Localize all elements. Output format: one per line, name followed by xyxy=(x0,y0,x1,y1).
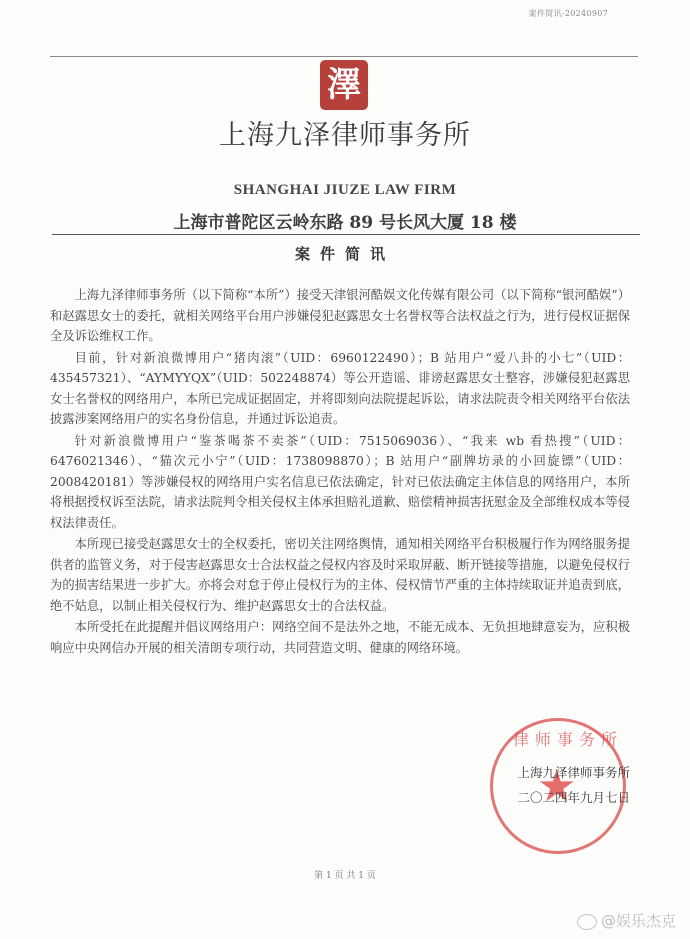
firm-name-en: SHANGHAI JIUZE LAW FIRM xyxy=(0,182,690,199)
watermark-text: @娱乐杰克 xyxy=(601,912,676,930)
signature-block: 上海九泽律师事务所 二〇二四年九月七日 xyxy=(517,760,630,810)
signature-date: 二〇二四年九月七日 xyxy=(517,785,630,810)
watermark: @娱乐杰克 xyxy=(577,910,676,931)
firm-logo-icon: 澤 xyxy=(320,60,368,110)
paragraph: 目前，针对新浪微博用户“猪肉滚”（UID：6960122490）；B 站用户“爱… xyxy=(50,348,630,430)
weibo-icon xyxy=(577,914,597,930)
document-title: 案件简讯 xyxy=(0,243,690,264)
paragraph: 针对新浪微博用户“鉴茶喝茶不卖茶”（UID：7515069036）、“我来 wb… xyxy=(50,431,630,534)
firm-name-cn: 上海九泽律师事务所 xyxy=(0,113,690,152)
paragraph: 本所受托在此提醒并倡议网络用户：网络空间不是法外之地，不能无成本、无负担地肆意妄… xyxy=(50,617,630,658)
page-number: 第 1 页 共 1 页 xyxy=(0,868,690,881)
header-rule xyxy=(50,56,638,57)
paragraph: 上海九泽律师事务所（以下简称“本所”）接受天津银河酷娱文化传媒有限公司（以下简称… xyxy=(50,285,630,347)
firm-address: 上海市普陀区云岭东路 89 号长风大厦 18 楼 xyxy=(0,208,690,233)
paragraph: 本所现已接受赵露思女士的全权委托，密切关注网络舆情，通知相关网络平台积极履行作为… xyxy=(50,534,630,616)
document-body: 上海九泽律师事务所（以下简称“本所”）接受天津银河酷娱文化传媒有限公司（以下简称… xyxy=(50,285,630,659)
seal-text: 律师事务所 xyxy=(513,727,623,750)
signature-firm: 上海九泽律师事务所 xyxy=(517,760,630,785)
address-rule xyxy=(52,234,640,235)
reference-number: 案件简讯-20240907 xyxy=(529,8,608,19)
